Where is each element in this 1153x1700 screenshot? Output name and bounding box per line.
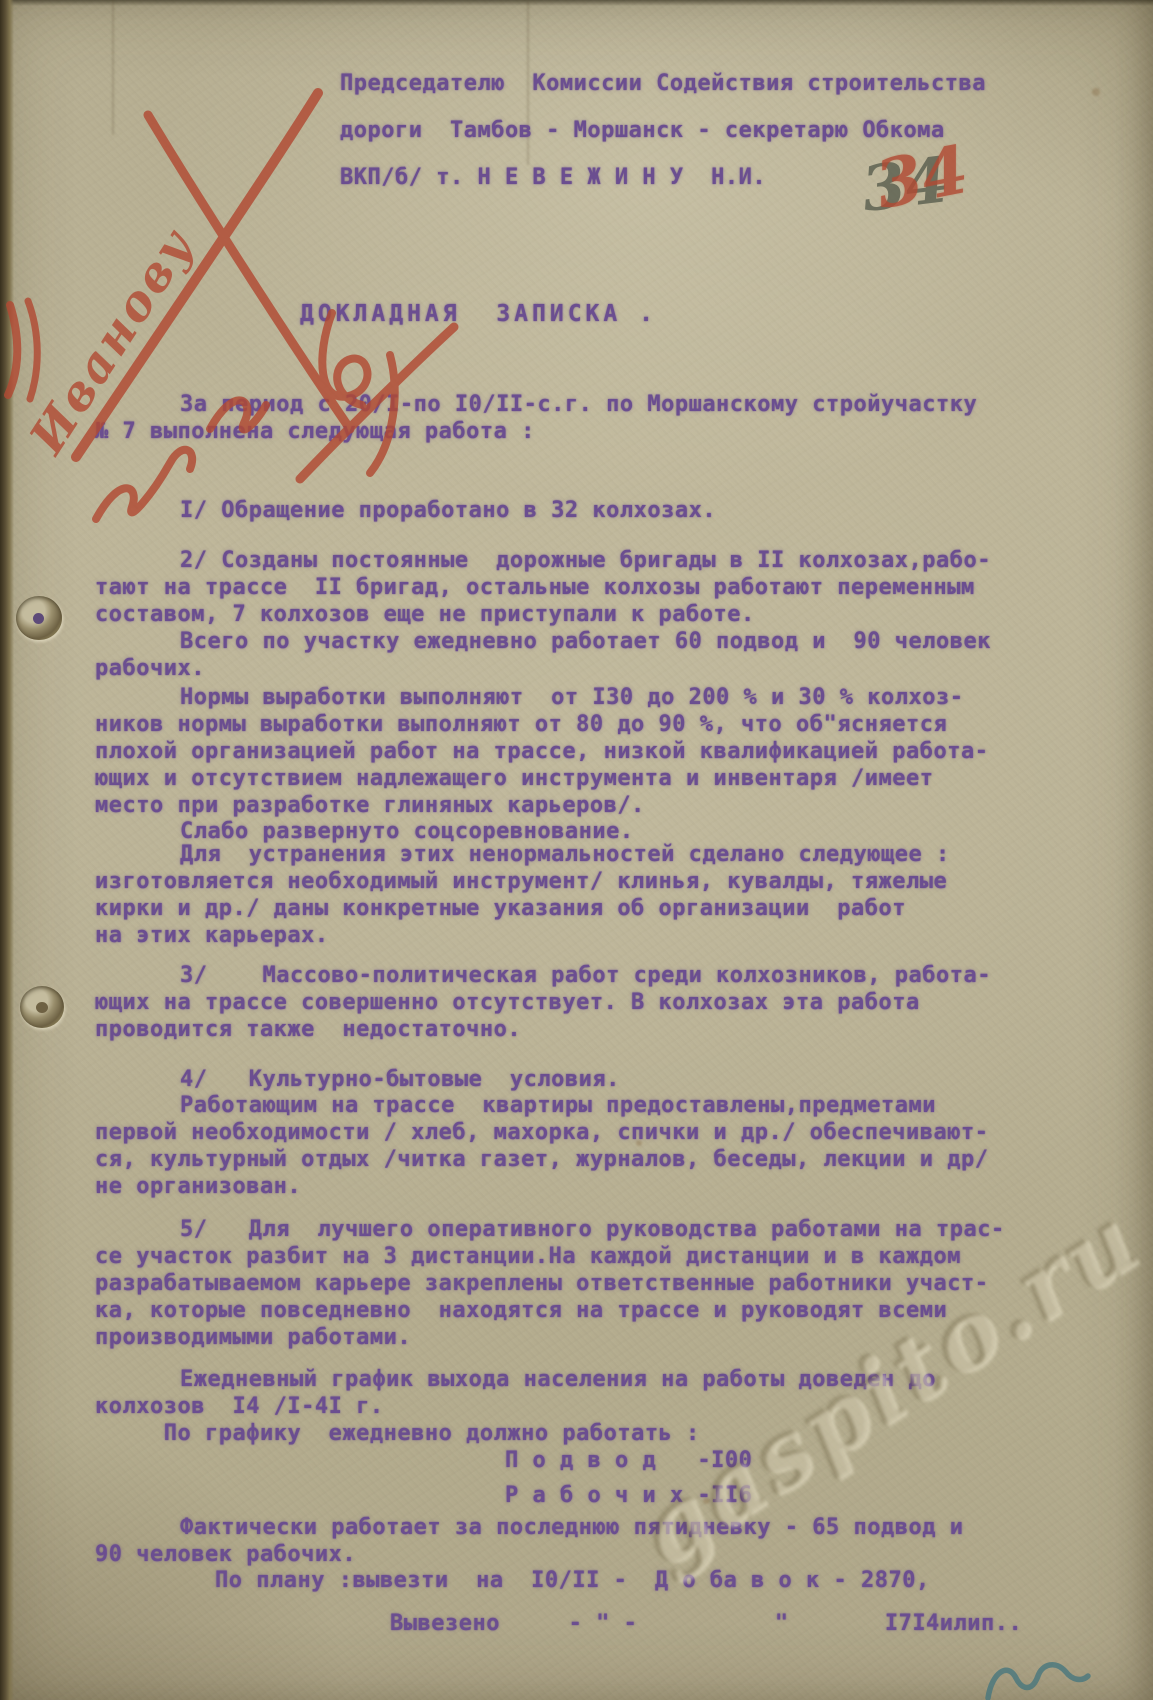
- paper-crease: [112, 0, 114, 135]
- header-addressee: Председателю Комиссии Содействия строите…: [340, 72, 1080, 190]
- punch-hole-bottom: [20, 986, 64, 1028]
- paragraph-actual-work: Фактически работает за последнюю пятидне…: [95, 1514, 963, 1568]
- paragraph-2-daily-work: Всего по участку ежедневно работает 60 п…: [95, 628, 991, 682]
- report-title: ДОКЛАДНАЯ ЗАПИСКА .: [300, 301, 657, 328]
- red-pencil-flourish: [28, 301, 37, 399]
- punch-hole-top: [16, 596, 62, 640]
- scanned-document-page: Председателю Комиссии Содействия строите…: [0, 0, 1153, 1700]
- foxing-spot: [1092, 88, 1100, 96]
- blue-pencil-stroke: [988, 1665, 1088, 1698]
- paragraph-plan: По плану :вывезти на I0/II - Д о ба в о …: [215, 1567, 930, 1594]
- page-left-binding-edge: [0, 0, 14, 1700]
- paragraph-intro: За период с 20/I-по I0/II-с.г. по Моршан…: [95, 391, 977, 445]
- page-top-edge-shadow: [0, 0, 1153, 6]
- paragraph-2-measures: Для устранения этих ненормальностей сдел…: [95, 841, 950, 949]
- paragraph-2-norms: Нормы выработки выполняют от I30 до 200 …: [95, 684, 988, 819]
- quota-carts: П о д в о д -I00: [505, 1447, 752, 1474]
- blue-pencil-mark: [982, 1652, 1094, 1700]
- red-pencil-cross-stroke: [148, 115, 350, 429]
- paragraph-3-political-work: 3/ Массово-политическая работ среди колх…: [95, 962, 991, 1043]
- paragraph-4-heading: 4/ Культурно-бытовые условия.: [95, 1066, 620, 1093]
- paragraph-hauled: Вывезено - " - " I7I4илип..: [390, 1610, 1022, 1637]
- paragraph-4-conditions: Работающим на трассе квартиры предоставл…: [95, 1092, 988, 1200]
- paragraph-5-management: 5/ Для лучшего оперативного руководства …: [95, 1216, 1005, 1351]
- punch-hole-ink-dot: [33, 613, 44, 624]
- paragraph-1-appeal: I/ Обращение проработано в 32 колхозах.: [95, 497, 716, 524]
- quota-workers: Р а б о ч и х -II6: [505, 1482, 752, 1509]
- punch-hole-center: [36, 1002, 48, 1013]
- paragraph-schedule: Ежедневный график выхода населения на ра…: [95, 1366, 936, 1447]
- paragraph-2-brigades: 2/ Созданы постоянные дорожные бригады в…: [95, 547, 991, 628]
